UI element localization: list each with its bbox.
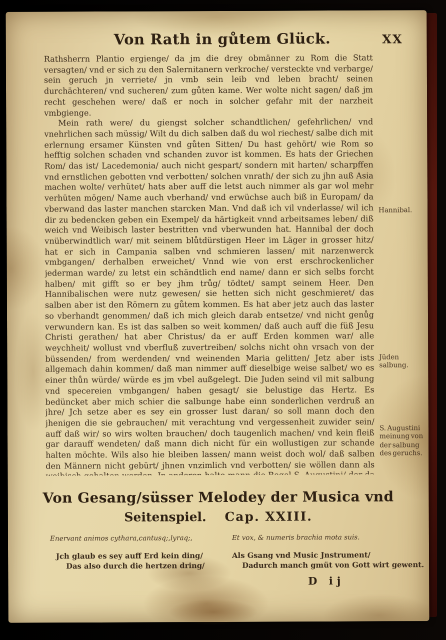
latin-verse-left: Enervant animos cythara,cantusq;,lyraq;,	[50, 534, 193, 543]
latin-verse-row: Enervant animos cythara,cantusq;,lyraq;,…	[46, 533, 399, 545]
margin-note-augustini: S. Augustini meinung von der salbung des…	[379, 424, 425, 458]
paragraph-continuation: Rathsherrn Plantio ergienge/ da jm die d…	[44, 53, 373, 119]
chapter-heading: Von Gesang/süsser Melodey der Musica vnd…	[28, 489, 409, 525]
running-head-row: Von Rath in gůtem Glück. XX	[36, 30, 409, 50]
paper-stain	[168, 599, 258, 625]
latin-verse-right: Et vox, & numeris brachia mota suis.	[232, 533, 360, 542]
body-text: Rathsherrn Plantio ergienge/ da jm die d…	[44, 53, 375, 475]
chapter-heading-subtitle: Seitenspiel.	[124, 509, 206, 524]
book-page: Von Rath in gůtem Glück. XX Rathsherrn P…	[6, 10, 430, 623]
verse-line: Dadurch manch gmüt von Gott wirt gewent.	[242, 560, 424, 570]
german-verse-left: Jch glaub es sey auff Erd kein ding/ Das…	[56, 551, 205, 571]
verse-line: Jch glaub es sey auff Erd kein ding/	[56, 551, 205, 561]
german-verse-row: Jch glaub es sey auff Erd kein ding/ Das…	[52, 550, 409, 576]
chapter-number: Cap. XXIII.	[225, 509, 313, 524]
chapter-heading-line-1: Von Gesang/süsser Melodey der Musica vnd	[28, 489, 409, 507]
german-verse-right: Als Gsang vnd Music Jnstrument/ Dadurch …	[232, 550, 424, 570]
paragraph-advice: Mein rath were/ du giengst solcher schan…	[44, 118, 375, 476]
page-number: XX	[382, 32, 403, 46]
signature-mark: D ij	[308, 575, 345, 587]
margin-note-hannibal: Hannibal.	[379, 206, 425, 215]
running-head: Von Rath in gůtem Glück.	[36, 30, 409, 49]
chapter-heading-line-2: Seitenspiel. Cap. XXIII.	[28, 508, 409, 525]
verse-line: Das also durch die hertzen dring/	[66, 561, 205, 571]
margin-note-jueden-salbung: Jüden salbung.	[379, 353, 425, 370]
photo-backdrop: Von Rath in gůtem Glück. XX Rathsherrn P…	[0, 0, 446, 640]
